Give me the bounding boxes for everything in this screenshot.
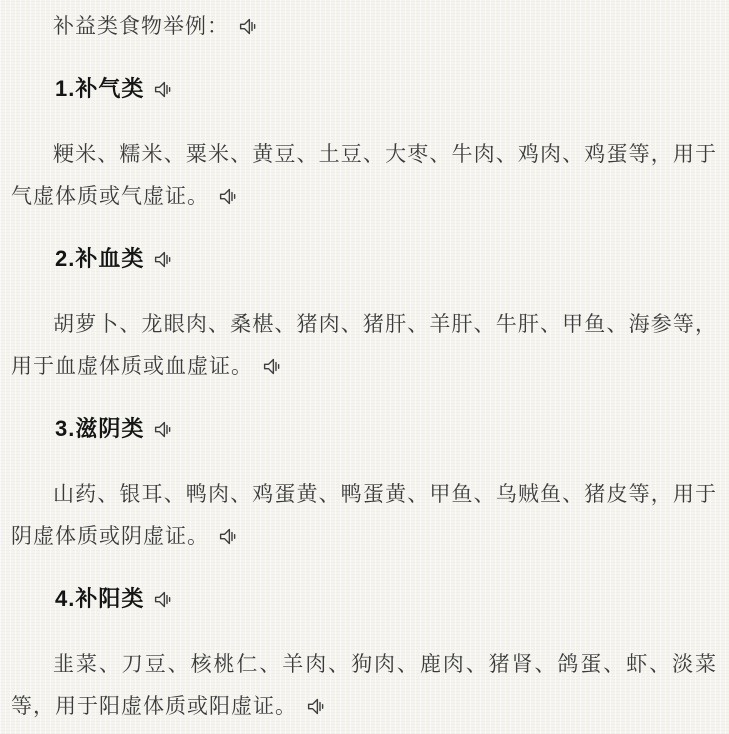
document-page: 补益类食物举例： 1.补气类 粳米、糯米、粟米、黄豆、土豆、大枣、牛肉、鸡肉、鸡…: [0, 0, 729, 734]
speaker-icon[interactable]: [153, 249, 174, 270]
section-body-text: 山药、银耳、鸭肉、鸡蛋黄、鸭蛋黄、甲鱼、乌贼鱼、猪皮等，用于阴虚体质或阴虚证。: [11, 483, 717, 548]
speaker-icon[interactable]: [306, 696, 327, 717]
speaker-icon[interactable]: [238, 16, 259, 37]
intro-text: 补益类食物举例：: [53, 15, 229, 38]
section-heading-ziyin: 3.滋阴类: [11, 414, 717, 444]
speaker-icon[interactable]: [153, 589, 174, 610]
section-heading-text: 3.滋阴类: [55, 416, 144, 441]
section-paragraph-buyang: 韭菜、刀豆、核桃仁、羊肉、狗肉、鹿肉、猪肾、鸽蛋、虾、淡菜等，用于阳虚体质或阳虚…: [11, 644, 717, 728]
section-body-text: 胡萝卜、龙眼肉、桑椹、猪肉、猪肝、羊肝、牛肝、甲鱼、海参等，用于血虚体质或血虚证…: [11, 313, 717, 378]
speaker-icon[interactable]: [153, 419, 174, 440]
section-body-text: 粳米、糯米、粟米、黄豆、土豆、大枣、牛肉、鸡肉、鸡蛋等，用于气虚体质或气虚证。: [11, 143, 717, 208]
intro-paragraph: 补益类食物举例：: [11, 6, 717, 48]
speaker-icon[interactable]: [262, 356, 283, 377]
speaker-icon[interactable]: [153, 79, 174, 100]
section-paragraph-ziyin: 山药、银耳、鸭肉、鸡蛋黄、鸭蛋黄、甲鱼、乌贼鱼、猪皮等，用于阴虚体质或阴虚证。: [11, 474, 717, 558]
speaker-icon[interactable]: [218, 526, 239, 547]
section-heading-text: 1.补气类: [55, 76, 144, 101]
section-heading-text: 4.补阳类: [55, 586, 144, 611]
section-paragraph-buqi: 粳米、糯米、粟米、黄豆、土豆、大枣、牛肉、鸡肉、鸡蛋等，用于气虚体质或气虚证。: [11, 134, 717, 218]
section-heading-text: 2.补血类: [55, 246, 144, 271]
section-heading-buqi: 1.补气类: [11, 74, 717, 104]
section-body-text: 韭菜、刀豆、核桃仁、羊肉、狗肉、鹿肉、猪肾、鸽蛋、虾、淡菜等，用于阳虚体质或阳虚…: [11, 653, 717, 718]
section-heading-buxue: 2.补血类: [11, 244, 717, 274]
section-heading-buyang: 4.补阳类: [11, 584, 717, 614]
speaker-icon[interactable]: [218, 186, 239, 207]
section-paragraph-buxue: 胡萝卜、龙眼肉、桑椹、猪肉、猪肝、羊肝、牛肝、甲鱼、海参等，用于血虚体质或血虚证…: [11, 304, 717, 388]
